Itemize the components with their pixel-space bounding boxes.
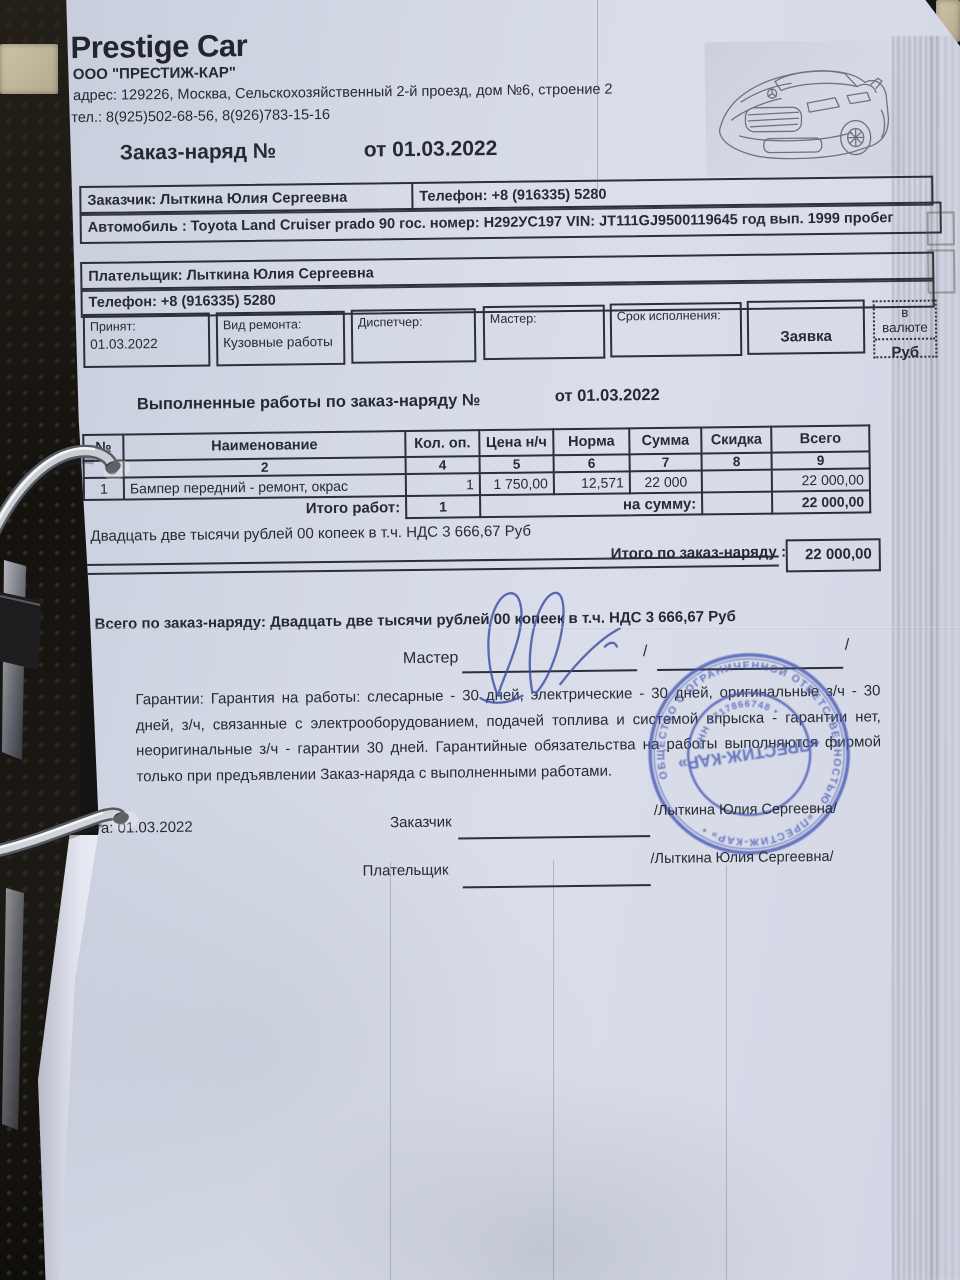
col-name: Наименование — [123, 431, 405, 460]
repair-type-box: Вид ремонта: Кузовные работы — [216, 311, 346, 367]
colnum-cell: 9 — [772, 451, 870, 469]
document-paper: Prestige Car ООО "ПРЕСТИЖ-КАР" адрес: 12… — [0, 0, 960, 1280]
document-content: Prestige Car ООО "ПРЕСТИЖ-КАР" адрес: 12… — [0, 0, 960, 1280]
works-title-date: от 01.03.2022 — [555, 386, 660, 406]
order-title: Заказ-наряд № — [120, 140, 277, 166]
order-total-label: Итого по заказ-наряду : — [611, 543, 786, 562]
totals-sum-label: на сумму: — [480, 492, 702, 517]
bleed-through-line — [390, 862, 391, 1280]
col-total: Всего — [771, 425, 869, 452]
paper-crease — [597, 0, 598, 200]
paper-crease — [70, 627, 960, 629]
colnum-cell: 8 — [702, 453, 772, 471]
dispatcher-box: Диспетчер: — [351, 308, 477, 364]
totals-value: 22 000,00 — [772, 490, 870, 513]
signature-icon — [439, 568, 671, 721]
col-number: № — [83, 435, 123, 461]
work-discount — [702, 470, 772, 493]
accepted-box: Принят: 01.03.2022 — [83, 312, 211, 368]
customer-sign-name: /Лыткина Юлия Сергеевна/ — [654, 801, 837, 819]
payer-phone-cell: Телефон: +8 (916335) 5280 — [83, 290, 282, 314]
car-sketch-icon — [705, 40, 905, 176]
payer-sign-name: /Лыткина Юлия Сергеевна/ — [650, 849, 833, 867]
totals-qty: 1 — [406, 495, 480, 518]
customer-phone-cell: Телефон: +8 (916335) 5280 — [413, 184, 612, 208]
colnum-cell — [84, 461, 124, 478]
company-logo: Prestige Car — [70, 28, 247, 66]
dispatcher-label: Диспетчер: — [358, 313, 469, 331]
due-label: Срок исполнения: — [617, 307, 735, 325]
date-line: Дата: 01.03.2022 — [76, 819, 193, 837]
accepted-label: Принят: — [90, 318, 203, 336]
bleed-through-line — [553, 860, 554, 1280]
request-box: Заявка — [747, 299, 866, 354]
colnum-cell: 7 — [630, 453, 702, 471]
col-price: Цена н/ч — [479, 429, 553, 456]
work-price: 1 750,00 — [480, 472, 554, 495]
vehicle-cell: Автомобиль : Toyota Land Cruiser prado 9… — [82, 207, 900, 239]
bleed-through-line — [726, 865, 727, 1280]
master-box-label: Мастер: — [490, 310, 598, 328]
col-qty: Кол. оп. — [405, 430, 479, 457]
customer-sign-label: Заказчик — [390, 814, 452, 832]
colnum-cell: 4 — [406, 456, 480, 474]
payer-sign-line — [463, 884, 651, 888]
customer-sign-line — [458, 835, 650, 839]
due-box: Срок исполнения: — [610, 302, 743, 358]
accepted-value: 01.03.2022 — [90, 335, 203, 353]
totals-discount — [702, 492, 772, 515]
col-norm: Норма — [553, 428, 629, 455]
colnum-cell: 6 — [554, 454, 630, 472]
car-sketch — [705, 40, 905, 176]
work-index: 1 — [84, 478, 124, 500]
amount-in-words: Двадцать две тысячи рублей 00 копеек в т… — [90, 523, 531, 545]
col-sum: Сумма — [629, 427, 701, 454]
payer-sign-label: Плательщик — [362, 862, 448, 880]
totals-label: Итого работ: — [84, 496, 406, 522]
photocopy-smudge — [930, 36, 960, 1280]
repair-type-value: Кузовные работы — [223, 333, 338, 351]
company-address: адрес: 129226, Москва, Сельскохозяйствен… — [73, 82, 613, 105]
colnum-cell: 5 — [480, 455, 554, 473]
work-norm: 12,571 — [554, 471, 630, 494]
work-sum: 22 000 — [630, 470, 702, 493]
works-title: Выполненные работы по заказ-наряду № — [137, 391, 481, 414]
background-tile — [0, 44, 58, 94]
order-date: от 01.03.2022 — [364, 137, 498, 163]
company-phone: тел.: 8(925)502-68-56, 8(926)783-15-16 — [71, 107, 330, 126]
works-table: № Наименование Кол. оп. Цена н/ч Норма С… — [82, 424, 871, 523]
master-box: Мастер: — [483, 305, 606, 360]
company-name: ООО "ПРЕСТИЖ-КАР" — [73, 64, 236, 83]
work-total: 22 000,00 — [772, 468, 870, 491]
repair-type-label: Вид ремонта: — [223, 316, 338, 334]
photo-of-work-order: Prestige Car ООО "ПРЕСТИЖ-КАР" адрес: 12… — [0, 0, 960, 1280]
col-discount: Скидка — [701, 427, 771, 454]
order-total-value: 22 000,00 — [786, 538, 881, 572]
work-qty: 1 — [406, 473, 480, 496]
